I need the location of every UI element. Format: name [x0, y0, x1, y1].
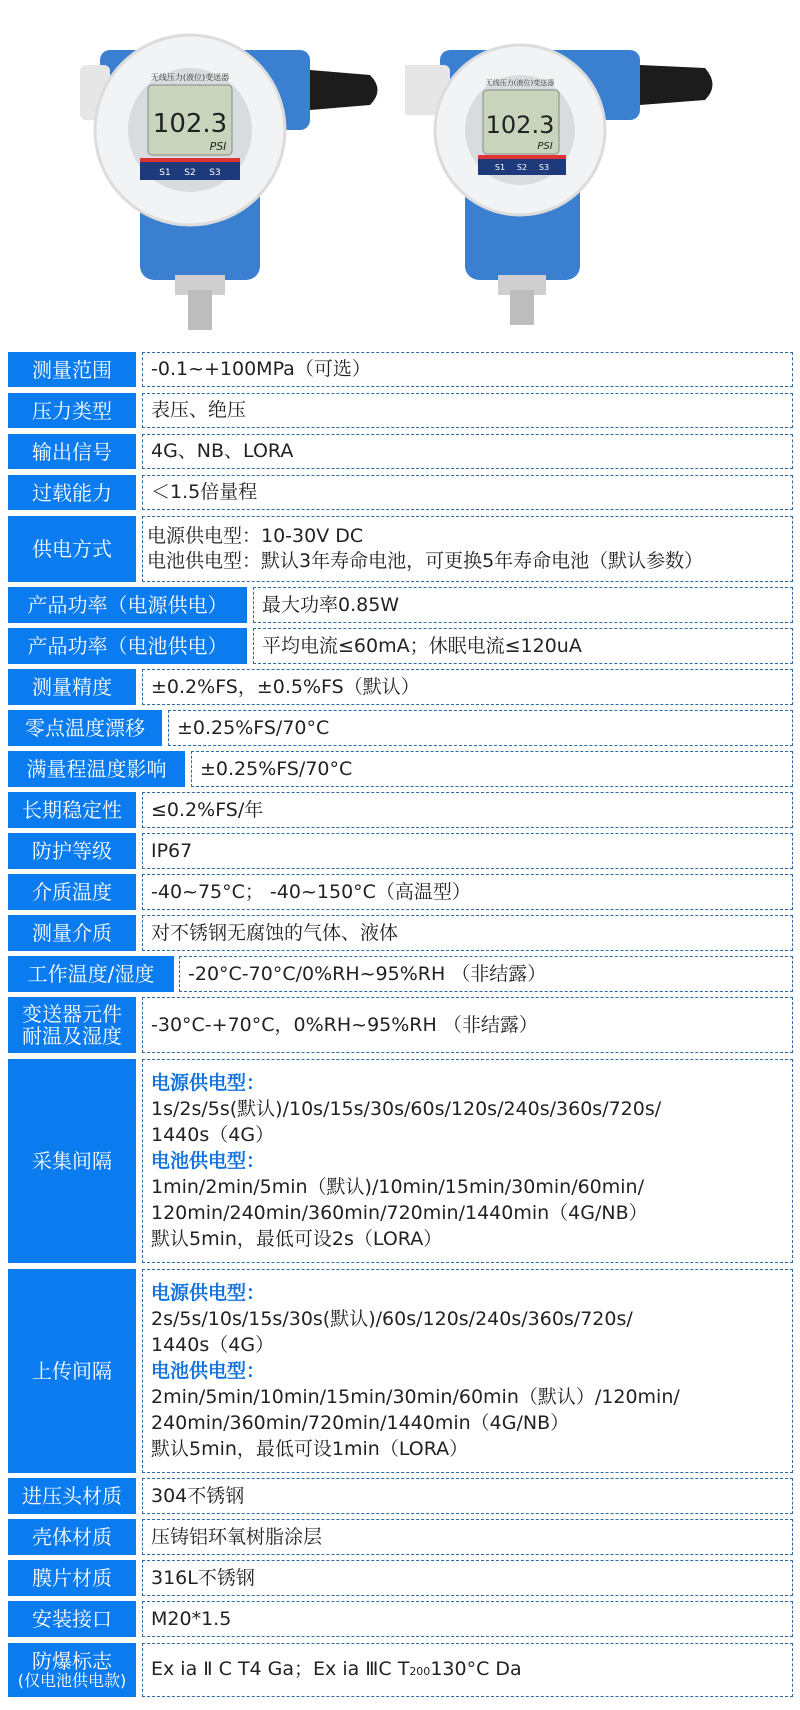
spec-row: 采集间隔 电源供电型： 1s/2s/5s(默认)/10s/15s/30s/60s… [8, 1059, 793, 1263]
spec-row: 壳体材质 压铸铝环氧树脂涂层 [8, 1519, 793, 1555]
spec-row: 供电方式 电源供电型：10-30V DC 电池供电型：默认3年寿命电池，可更换5… [8, 516, 793, 582]
spec-label: 进压头材质 [8, 1478, 136, 1514]
svg-text:PSI: PSI [537, 141, 552, 152]
spec-label: 长期稳定性 [8, 792, 136, 828]
pressure-transmitter-image-left: 无线压力(液位)变送器 102.3 PSI S1 S2 S3 [40, 20, 380, 330]
spec-value: 最大功率0.85W [253, 587, 793, 623]
svg-text:PSI: PSI [210, 140, 227, 153]
spec-label: 防爆标志(仅电池供电款) [8, 1643, 136, 1697]
spec-label: 测量介质 [8, 915, 136, 951]
spec-row: 测量介质 对不锈钢无腐蚀的气体、液体 [8, 915, 793, 951]
svg-text:S3: S3 [209, 168, 220, 178]
svg-text:S1: S1 [159, 168, 170, 178]
spec-value: 电源供电型： 2s/5s/10s/15s/30s(默认)/60s/120s/24… [142, 1269, 793, 1473]
spec-row: 膜片材质 316L不锈钢 [8, 1560, 793, 1596]
spec-row: 压力类型 表压、绝压 [8, 393, 793, 428]
svg-text:无线压力(液位)变送器: 无线压力(液位)变送器 [151, 72, 229, 82]
spec-row: 过载能力 ＜1.5倍量程 [8, 475, 793, 510]
spec-value: -40~75°C； -40~150°C（高温型） [142, 874, 793, 910]
spec-value: 电源供电型： 1s/2s/5s(默认)/10s/15s/30s/60s/120s… [142, 1059, 793, 1263]
spec-label: 供电方式 [8, 516, 136, 582]
spec-label: 产品功率（电池供电） [8, 628, 247, 664]
spec-label: 变送器元件耐温及湿度 [8, 997, 136, 1053]
spec-label: 工作温度/湿度 [8, 956, 174, 992]
spec-label: 产品功率（电源供电） [8, 587, 247, 623]
spec-row: 进压头材质 304不锈钢 [8, 1478, 793, 1514]
spec-label: 测量范围 [8, 352, 136, 387]
spec-row: 产品功率（电池供电） 平均电流≤60mA；休眠电流≤120uA [8, 628, 793, 664]
spec-label: 输出信号 [8, 434, 136, 469]
svg-text:S2: S2 [517, 163, 527, 172]
spec-label: 满量程温度影响 [8, 751, 185, 787]
product-hero: 无线压力(液位)变送器 102.3 PSI S1 S2 S3 无线压力(液位)变… [0, 0, 800, 340]
spec-row: 测量精度 ±0.2%FS，±0.5%FS（默认） [8, 669, 793, 705]
pressure-transmitter-image-right: 无线压力(液位)变送器 102.3 PSI S1 S2 S3 [405, 20, 745, 330]
spec-row: 防爆标志(仅电池供电款) Ex ia Ⅱ C T4 Ga；Ex ia ⅢC T2… [8, 1643, 793, 1697]
svg-text:102.3: 102.3 [153, 109, 227, 139]
spec-value: 电源供电型：10-30V DC 电池供电型：默认3年寿命电池，可更换5年寿命电池… [142, 516, 793, 582]
spec-value: 4G、NB、LORA [142, 434, 793, 469]
spec-label: 壳体材质 [8, 1519, 136, 1555]
spec-value: ±0.25%FS/70°C [168, 710, 793, 746]
spec-row: 输出信号 4G、NB、LORA [8, 434, 793, 469]
spec-value: ±0.2%FS，±0.5%FS（默认） [142, 669, 793, 705]
svg-text:S1: S1 [495, 163, 505, 172]
spec-label: 上传间隔 [8, 1269, 136, 1473]
spec-label: 膜片材质 [8, 1560, 136, 1596]
spec-row: 上传间隔 电源供电型： 2s/5s/10s/15s/30s(默认)/60s/12… [8, 1269, 793, 1473]
spec-label: 采集间隔 [8, 1059, 136, 1263]
spec-row: 防护等级 IP67 [8, 833, 793, 869]
spec-row: 安装接口 M20*1.5 [8, 1601, 793, 1637]
spec-value: -20°C-70°C/0%RH~95%RH （非结露） [179, 956, 793, 992]
spec-value: 316L不锈钢 [142, 1560, 793, 1596]
spec-value: Ex ia Ⅱ C T4 Ga；Ex ia ⅢC T200130°C Da [142, 1643, 793, 1697]
spec-row: 产品功率（电源供电） 最大功率0.85W [8, 587, 793, 623]
spec-value: 平均电流≤60mA；休眠电流≤120uA [253, 628, 793, 664]
spec-value: 压铸铝环氧树脂涂层 [142, 1519, 793, 1555]
spec-label: 安装接口 [8, 1601, 136, 1637]
spec-row: 满量程温度影响 ±0.25%FS/70°C [8, 751, 793, 787]
spec-value: -30°C-+70°C，0%RH~95%RH （非结露） [142, 997, 793, 1053]
spec-label: 防护等级 [8, 833, 136, 869]
spec-value: 304不锈钢 [142, 1478, 793, 1514]
spec-label: 过载能力 [8, 475, 136, 510]
spec-label: 介质温度 [8, 874, 136, 910]
spec-value: 表压、绝压 [142, 393, 793, 428]
spec-row: 测量范围 -0.1~+100MPa（可选） [8, 352, 793, 387]
svg-text:S2: S2 [184, 168, 195, 178]
spec-value: IP67 [142, 833, 793, 869]
svg-text:S3: S3 [539, 163, 549, 172]
spec-value: ＜1.5倍量程 [142, 475, 793, 510]
spec-row: 工作温度/湿度 -20°C-70°C/0%RH~95%RH （非结露） [8, 956, 793, 992]
spec-label: 测量精度 [8, 669, 136, 705]
spec-row: 长期稳定性 ≤0.2%FS/年 [8, 792, 793, 828]
spec-label: 压力类型 [8, 393, 136, 428]
spec-row: 变送器元件耐温及湿度 -30°C-+70°C，0%RH~95%RH （非结露） [8, 997, 793, 1053]
svg-text:102.3: 102.3 [486, 111, 555, 139]
spec-value: M20*1.5 [142, 1601, 793, 1637]
spec-value: -0.1~+100MPa（可选） [142, 352, 793, 387]
svg-text:无线压力(液位)变送器: 无线压力(液位)变送器 [486, 78, 554, 87]
spec-row: 零点温度漂移 ±0.25%FS/70°C [8, 710, 793, 746]
spec-row: 介质温度 -40~75°C； -40~150°C（高温型） [8, 874, 793, 910]
spec-value: ±0.25%FS/70°C [191, 751, 793, 787]
spec-value: 对不锈钢无腐蚀的气体、液体 [142, 915, 793, 951]
spec-value: ≤0.2%FS/年 [142, 792, 793, 828]
spec-label: 零点温度漂移 [8, 710, 162, 746]
